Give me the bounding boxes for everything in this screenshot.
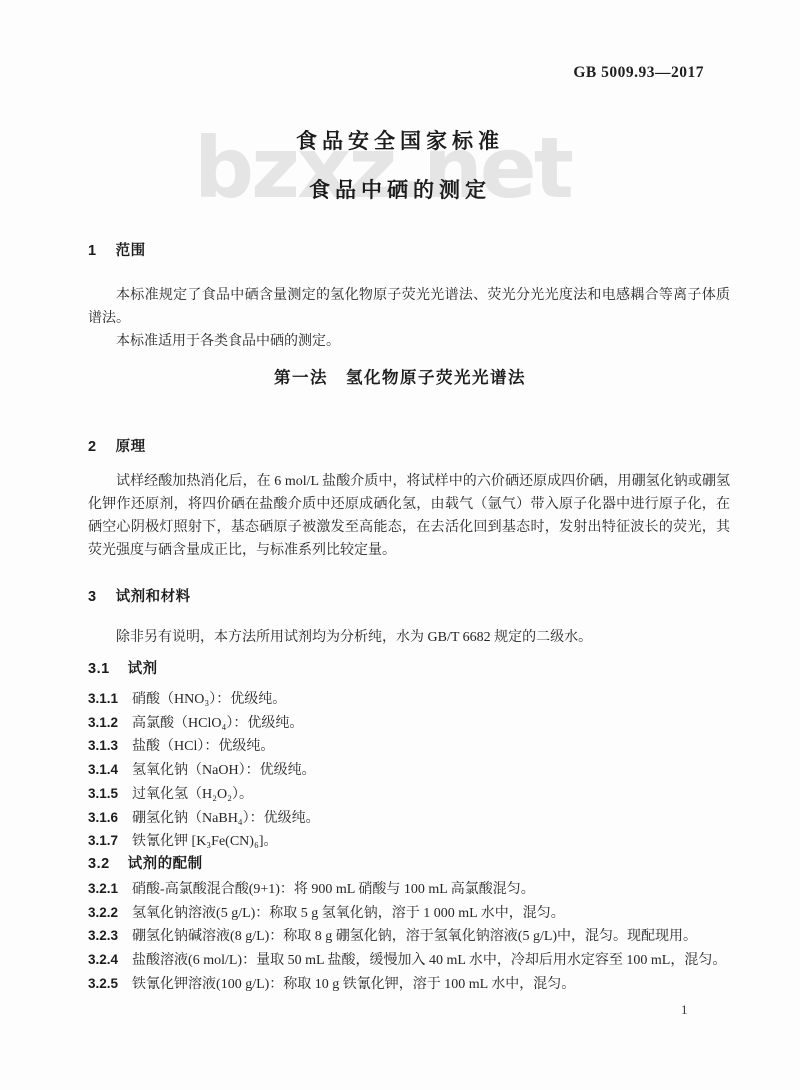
clause-number: 3.2.2 — [88, 905, 118, 920]
reagents-intro: 除非另有说明，本方法所用试剂均为分析纯，水为 GB/T 6682 规定的二级水。 — [88, 626, 730, 649]
list-item: 3.1.5过氧化氢（H₂O₂）。 — [88, 783, 730, 807]
list-item: 3.2.3硼氢化钠碱溶液(8 g/L)：称取 8 g 硼氢化钠，溶于氢氧化钠溶液… — [88, 925, 730, 949]
section-heading-reagents: 3试剂和材料 — [88, 585, 730, 606]
standard-code: GB 5009.93—2017 — [573, 64, 704, 82]
doc-title-line2: 食品中硒的测定 — [0, 174, 800, 204]
list-item: 3.1.2高氯酸（HClO₄）：优级纯。 — [88, 712, 730, 736]
list-item-text: 盐酸溶液(6 mol/L)：量取 50 mL 盐酸，缓慢加入 40 mL 水中，… — [132, 953, 726, 968]
preparation-list: 3.2.1硝酸-高氯酸混合酸(9+1)：将 900 mL 硝酸与 100 mL … — [88, 878, 730, 997]
principle-paragraph: 试样经酸加热消化后，在 6 mol/L 盐酸介质中，将试样中的六价硒还原成四价硒… — [88, 470, 730, 562]
clause-number: 3 — [88, 589, 97, 605]
document-page: bzxz.net GB 5009.93—2017 食品安全国家标准 食品中硒的测… — [0, 0, 800, 1090]
list-item-text: 硝酸-高氯酸混合酸(9+1)：将 900 mL 硝酸与 100 mL 高氯酸混匀… — [132, 882, 535, 897]
list-item: 3.1.1硝酸（HNO₃）：优级纯。 — [88, 688, 730, 712]
section-heading-scope: 1范围 — [88, 239, 730, 260]
subsection-heading-3-1: 3.1试剂 — [88, 657, 730, 678]
list-item-text: 硼氢化钠碱溶液(8 g/L)：称取 8 g 硼氢化钠，溶于氢氧化钠溶液(5 g/… — [132, 929, 697, 944]
clause-number: 3.2 — [88, 856, 110, 872]
list-item: 3.2.2氢氧化钠溶液(5 g/L)：称取 5 g 氢氧化钠，溶于 1 000 … — [88, 902, 730, 926]
section-heading-principle: 2原理 — [88, 435, 730, 456]
clause-number: 3.1.6 — [88, 810, 118, 825]
list-item: 3.1.3盐酸（HCl）：优级纯。 — [88, 735, 730, 759]
list-item: 3.1.6硼氢化钠（NaBH₄）：优级纯。 — [88, 807, 730, 831]
list-item: 3.2.5铁氰化钾溶液(100 g/L)：称取 10 g 铁氰化钾，溶于 100… — [88, 973, 730, 997]
section-heading-label: 试剂的配制 — [128, 856, 203, 872]
clause-number: 3.2.5 — [88, 976, 118, 991]
clause-number: 3.1.7 — [88, 833, 118, 848]
list-item-text: 铁氰化钾 [K₃Fe(CN)₆]。 — [132, 834, 277, 849]
list-item: 3.2.4盐酸溶液(6 mol/L)：量取 50 mL 盐酸，缓慢加入 40 m… — [88, 949, 730, 973]
clause-number: 3.1.2 — [88, 715, 118, 730]
clause-number: 3.1.1 — [88, 691, 118, 706]
list-item: 3.2.1硝酸-高氯酸混合酸(9+1)：将 900 mL 硝酸与 100 mL … — [88, 878, 730, 902]
list-item-text: 硝酸（HNO₃）：优级纯。 — [132, 692, 286, 707]
list-item: 3.1.4氢氧化钠（NaOH）：优级纯。 — [88, 759, 730, 783]
clause-number: 3.1 — [88, 661, 110, 677]
reagent-list: 3.1.1硝酸（HNO₃）：优级纯。 3.1.2高氯酸（HClO₄）：优级纯。 … — [88, 688, 730, 854]
list-item-text: 氢氧化钠溶液(5 g/L)：称取 5 g 氢氧化钠，溶于 1 000 mL 水中… — [132, 906, 565, 921]
clause-number: 3.1.4 — [88, 762, 118, 777]
list-item: 3.1.7铁氰化钾 [K₃Fe(CN)₆]。 — [88, 830, 730, 854]
subsection-heading-3-2: 3.2试剂的配制 — [88, 852, 730, 873]
list-item-text: 高氯酸（HClO₄）：优级纯。 — [132, 716, 303, 731]
list-item-text: 氢氧化钠（NaOH）：优级纯。 — [132, 763, 316, 778]
clause-number: 3.1.5 — [88, 786, 118, 801]
method1-heading: 第一法 氢化物原子荧光光谱法 — [0, 364, 800, 388]
section-heading-label: 范围 — [116, 243, 146, 259]
page-number: 1 — [681, 1002, 688, 1018]
doc-title-line1: 食品安全国家标准 — [0, 125, 800, 155]
clause-number: 3.2.4 — [88, 952, 118, 967]
list-item-text: 硼氢化钠（NaBH₄）：优级纯。 — [132, 811, 320, 826]
section-heading-label: 试剂 — [128, 661, 158, 677]
list-item-text: 过氧化氢（H₂O₂）。 — [132, 787, 253, 802]
clause-number: 3.2.1 — [88, 881, 118, 896]
list-item-text: 铁氰化钾溶液(100 g/L)：称取 10 g 铁氰化钾，溶于 100 mL 水… — [132, 977, 575, 992]
clause-number: 3.1.3 — [88, 738, 118, 753]
section-heading-label: 试剂和材料 — [116, 589, 191, 605]
section-heading-label: 原理 — [116, 439, 146, 455]
clause-number: 1 — [88, 243, 97, 259]
clause-number: 2 — [88, 439, 97, 455]
scope-paragraph-2: 本标准适用于各类食品中硒的测定。 — [88, 330, 730, 353]
scope-paragraph-1: 本标准规定了食品中硒含量测定的氢化物原子荧光光谱法、荧光分光光度法和电感耦合等离… — [88, 284, 730, 330]
clause-number: 3.2.3 — [88, 928, 118, 943]
list-item-text: 盐酸（HCl）：优级纯。 — [132, 739, 274, 754]
